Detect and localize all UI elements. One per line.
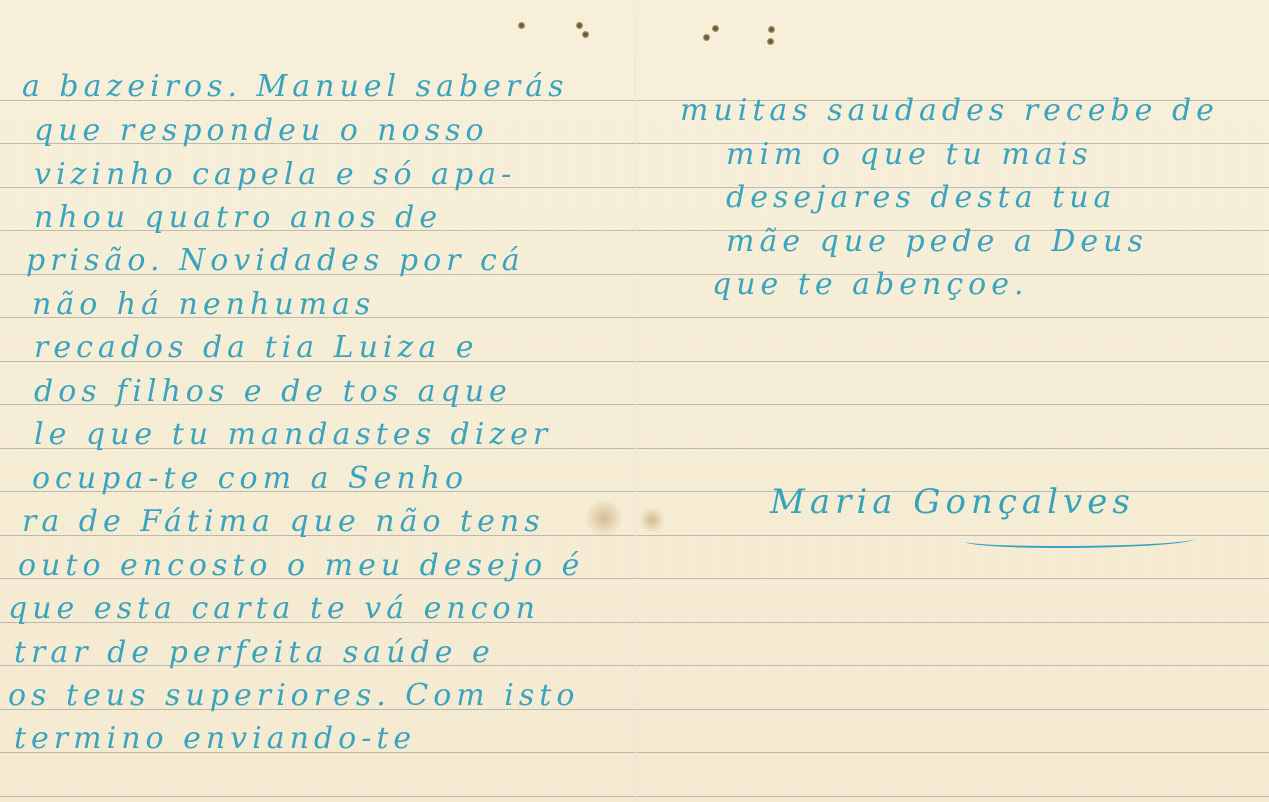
letter-line: os teus superiores. Com isto <box>8 681 579 711</box>
staple-hole <box>768 26 775 33</box>
letter-line: vizinho capela e só apa- <box>34 160 516 190</box>
letter-line: a bazeiros. Manuel saberás <box>22 72 569 102</box>
letter-line: recados da tia Luiza e <box>34 333 479 363</box>
signature: Maria Gonçalves <box>770 482 1135 522</box>
letter-line: le que tu mandastes dizer <box>34 420 552 450</box>
letter-line: prisão. Novidades por cá <box>26 246 525 276</box>
staple-hole <box>576 22 583 29</box>
letter-line: dos filhos e de tos aque <box>34 377 512 407</box>
letter-line: termino enviando-te <box>14 724 416 754</box>
staple-hole <box>767 38 774 45</box>
letter-line: mim o que tu mais <box>726 140 1093 170</box>
letter-line: desejares desta tua <box>726 183 1116 213</box>
letter-line: que respondeu o nosso <box>34 116 489 146</box>
paper-stain <box>586 500 622 536</box>
staple-hole <box>582 31 589 38</box>
letter-line: que te abençoe. <box>712 270 1028 300</box>
paper-stain <box>640 508 664 532</box>
letter-line: trar de perfeita saúde e <box>14 638 495 668</box>
letter-line: que esta carta te vá encon <box>8 594 540 624</box>
staple-hole <box>518 22 525 29</box>
letter-line: ocupa-te com a Senho <box>32 464 468 494</box>
staple-hole <box>712 25 719 32</box>
letter-line: muitas saudades recebe de <box>680 96 1219 126</box>
staple-hole <box>703 34 710 41</box>
letter-line: mãe que pede a Deus <box>726 227 1148 257</box>
letter-line: não há nenhumas <box>32 290 375 320</box>
letter-line: nhou quatro anos de <box>34 203 442 233</box>
letter-line: ra de Fátima que não tens <box>22 507 545 537</box>
letter-line: outo encosto o meu desejo é <box>18 551 584 581</box>
